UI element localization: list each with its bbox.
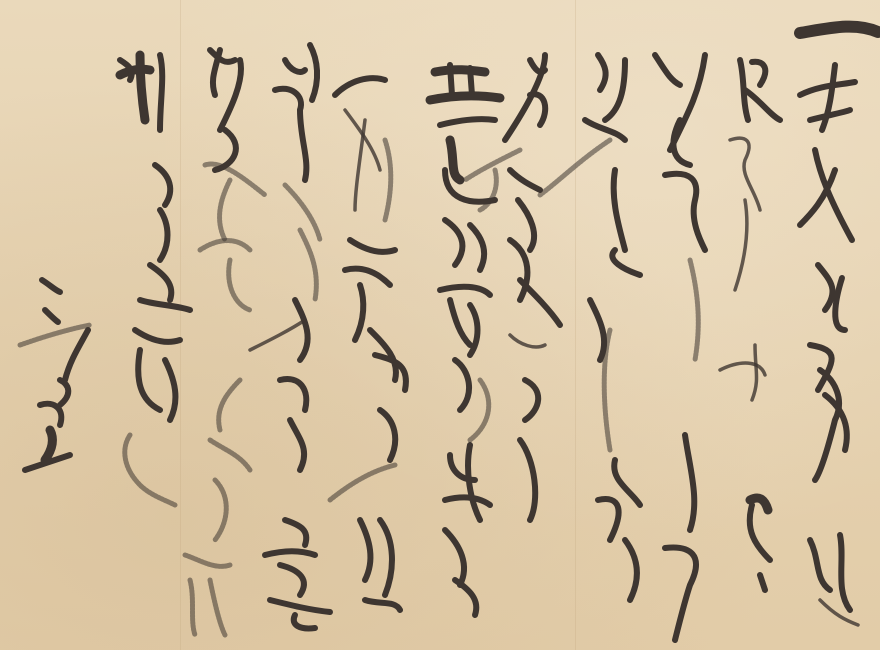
column-3 [655, 55, 705, 640]
column-7 [330, 78, 406, 610]
column-10 [120, 55, 190, 505]
column-6 [430, 65, 500, 615]
column-11-signature [20, 280, 90, 470]
column-8 [250, 45, 330, 628]
column-9 [185, 50, 265, 635]
ink-strokes [0, 0, 880, 650]
column-4 [540, 55, 640, 600]
column-1 [800, 27, 878, 625]
calligraphy-letter: handwritten letter (Japanese cursive cal… [0, 0, 880, 650]
column-2 [720, 60, 780, 590]
